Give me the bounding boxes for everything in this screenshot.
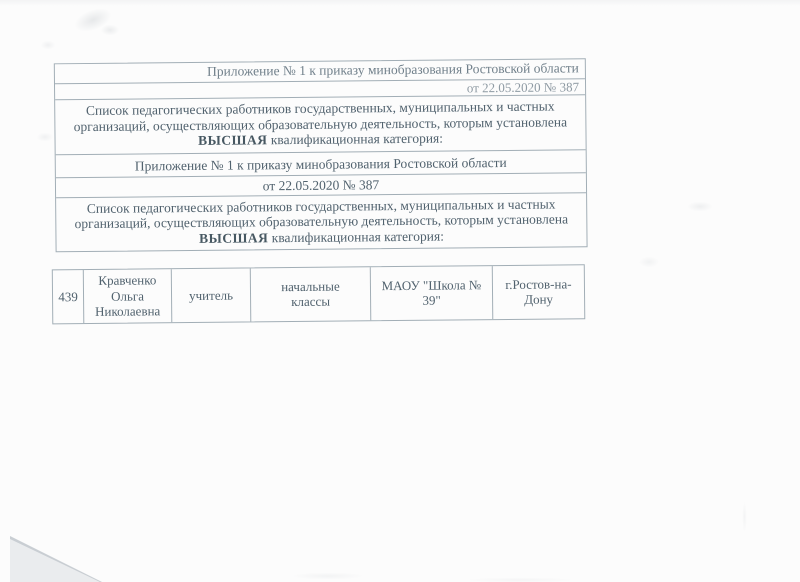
scanned-page: Приложение № 1 к приказу минобразования …: [0, 0, 800, 582]
record-number-cell: 439: [53, 270, 84, 323]
teacher-name: Кравченко Ольга Николаевна: [87, 272, 167, 319]
category-rest-label: квалификационная категория:: [271, 131, 443, 148]
position-value: учитель: [189, 287, 233, 303]
position-cell: учитель: [171, 268, 251, 321]
organization-cell: МАОУ "Школа № 39": [370, 266, 492, 320]
category-highest-label: ВЫСШАЯ: [198, 132, 267, 148]
record-number: 439: [58, 289, 78, 305]
category-rest-label: квалификационная категория:: [272, 228, 444, 245]
subject-value: начальные классы: [271, 278, 349, 310]
city-cell: г.Ростов-на-Дону: [492, 265, 584, 318]
organization-value: МАОУ "Школа № 39": [375, 277, 487, 309]
header-table: Приложение № 1 к приказу минобразования …: [54, 58, 588, 252]
appendix-ref-line-center: Приложение № 1 к приказу минобразования …: [56, 149, 586, 177]
list-title-top: Список педагогических работников государ…: [55, 94, 585, 154]
scanned-document: Приложение № 1 к приказу минобразования …: [0, 0, 800, 582]
city-value: г.Ростов-на-Дону: [495, 276, 582, 308]
category-highest-label: ВЫСШАЯ: [199, 230, 268, 246]
list-title-bottom: Список педагогических работников государ…: [56, 192, 586, 252]
teacher-name-cell: Кравченко Ольга Николаевна: [83, 269, 171, 322]
subject-cell: начальные классы: [250, 267, 370, 321]
record-table: 439 Кравченко Ольга Николаевна учитель н…: [52, 264, 585, 324]
